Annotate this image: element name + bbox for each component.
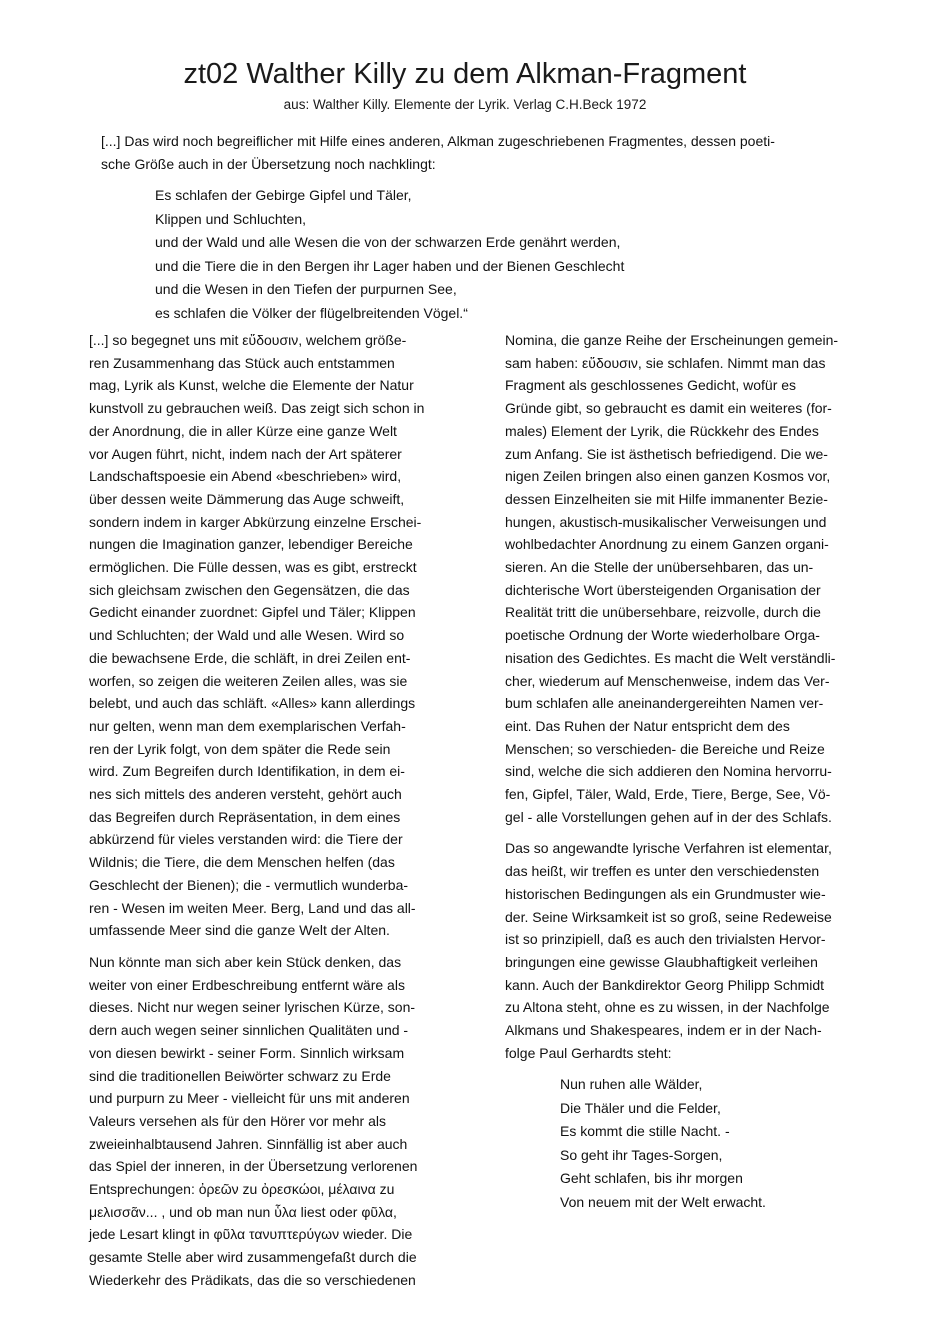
text-line: Entsprechungen: ὀρεῶν zu ὀρεσκώοι, μέλαι…	[89, 1178, 479, 1201]
text-line: und purpurn zu Meer - vielleicht für uns…	[89, 1087, 479, 1110]
text-line: belebt, und auch das schläft. «Alles» ka…	[89, 692, 479, 715]
text-line: dern auch wegen seiner sinnlichen Qualit…	[89, 1019, 479, 1042]
text-line: sieren. An die Stelle der unübersehbaren…	[505, 556, 895, 579]
left-column: [...] so begegnet uns mit εὕδουσιν, welc…	[89, 329, 479, 1292]
text-line: Wildnis; die Tiere, die dem Menschen hel…	[89, 851, 479, 874]
text-line: wird. Zum Begreifen durch Identifikation…	[89, 760, 479, 783]
text-line: [...] so begegnet uns mit εὕδουσιν, welc…	[89, 329, 479, 352]
poem-line: Geht schlafen, bis ihr morgen	[560, 1167, 766, 1191]
text-line: Nomina, die ganze Reihe der Erscheinunge…	[505, 329, 895, 352]
text-line: Valeurs versehen als für den Hörer vor m…	[89, 1110, 479, 1133]
text-line: gesamte Stelle aber wird zusammengefaßt …	[89, 1246, 479, 1269]
text-line: Geschlecht der Bienen); die - vermutlich…	[89, 874, 479, 897]
poem-line: und die Wesen in den Tiefen der purpurne…	[155, 278, 624, 302]
left-paragraph-1: [...] so begegnet uns mit εὕδουσιν, welc…	[89, 329, 479, 942]
text-line: nisation des Gedichtes. Es macht die Wel…	[505, 647, 895, 670]
text-line: das heißt, wir treffen es unter den vers…	[505, 860, 895, 883]
text-line: Wiederkehr des Prädikats, das die so ver…	[89, 1269, 479, 1292]
text-line: die bewachsene Erde, die schläft, in dre…	[89, 647, 479, 670]
page-title: zt02 Walther Killy zu dem Alkman-Fragmen…	[0, 58, 930, 91]
text-line: nigen Zeilen bringen also einen ganzen K…	[505, 465, 895, 488]
text-line: males) Element der Lyrik, die Rückkehr d…	[505, 420, 895, 443]
text-line: umfassende Meer sind die ganze Welt der …	[89, 919, 479, 942]
text-line: ist so prinzipiell, daß es auch den triv…	[505, 928, 895, 951]
text-line: historischen Bedingungen als ein Grundmu…	[505, 883, 895, 906]
text-line: eint. Das Ruhen der Natur entspricht dem…	[505, 715, 895, 738]
poem-line: Von neuem mit der Welt erwacht.	[560, 1191, 766, 1215]
text-line: dichterische Wort übersteigenden Organis…	[505, 579, 895, 602]
text-line: ren - Wesen im weiten Meer. Berg, Land u…	[89, 897, 479, 920]
intro-paragraph: [...] Das wird noch begreiflicher mit Hi…	[101, 130, 871, 176]
text-line: μελισσᾶν... , und ob man nun ὗλα liest o…	[89, 1201, 479, 1224]
text-line: über dessen weite Dämmerung das Auge sch…	[89, 488, 479, 511]
text-line: zu Altona steht, ohne es zu wissen, in d…	[505, 996, 895, 1019]
right-paragraph-2: Das so angewandte lyrische Verfahren ist…	[505, 837, 895, 1064]
poem-line: Es kommt die stille Nacht. -	[560, 1120, 766, 1144]
text-line: worfen, so zeigen die weiteren Zeilen al…	[89, 670, 479, 693]
text-line: kunstvoll zu gebrauchen weiß. Das zeigt …	[89, 397, 479, 420]
text-line: gel - alle Vorstellungen gehen auf in de…	[505, 806, 895, 829]
text-line: [...] Das wird noch begreiflicher mit Hi…	[101, 130, 871, 153]
source-citation: aus: Walther Killy. Elemente der Lyrik. …	[0, 97, 930, 112]
text-line: jede Lesart klingt in φῦλα τανυπτερύγων …	[89, 1223, 479, 1246]
right-paragraph-1: Nomina, die ganze Reihe der Erscheinunge…	[505, 329, 895, 828]
text-line: poetische Ordnung der Worte wiederholbar…	[505, 624, 895, 647]
text-line: sich gleichsam zwischen den Gegensätzen,…	[89, 579, 479, 602]
text-line: zum Anfang. Sie ist ästhetisch befriedig…	[505, 443, 895, 466]
text-line: weiter von einer Erdbeschreibung entfern…	[89, 974, 479, 997]
paragraph-spacer	[505, 828, 895, 837]
text-line: Fragment als geschlossenes Gedicht, wofü…	[505, 374, 895, 397]
poem-line: und der Wald und alle Wesen die von der …	[155, 231, 624, 255]
alkman-poem-quote: Es schlafen der Gebirge Gipfel und Täler…	[155, 184, 624, 325]
text-line: nungen die Imagination ganzer, lebendige…	[89, 533, 479, 556]
text-line: cher, wiederum auf Menschenweise, indem …	[505, 670, 895, 693]
poem-line: Die Thäler und die Felder,	[560, 1097, 766, 1121]
text-line: Landschaftspoesie ein Abend «beschrieben…	[89, 465, 479, 488]
text-line: sind die traditionellen Beiwörter schwar…	[89, 1065, 479, 1088]
text-line: dieses. Nicht nur wegen seiner lyrischen…	[89, 996, 479, 1019]
text-line: Gründe gibt, so gebraucht es damit ein w…	[505, 397, 895, 420]
text-line: hungen, akustisch-musikalischer Verweisu…	[505, 511, 895, 534]
text-line: vor Augen führt, nicht, indem nach der A…	[89, 443, 479, 466]
text-line: wohlbedachter Anordnung zu einem Ganzen …	[505, 533, 895, 556]
poem-line: Klippen und Schluchten,	[155, 208, 624, 232]
text-line: ermöglichen. Die Fülle dessen, was es gi…	[89, 556, 479, 579]
poem-line: und die Tiere die in den Bergen ihr Lage…	[155, 255, 624, 279]
poem-line: Nun ruhen alle Wälder,	[560, 1073, 766, 1097]
text-line: der Anordnung, die in aller Kürze eine g…	[89, 420, 479, 443]
text-line: dessen Einzelheiten sie mit Hilfe immane…	[505, 488, 895, 511]
text-line: nes sich mittels des anderen versteht, g…	[89, 783, 479, 806]
text-line: zweieinhalbtausend Jahren. Sinnfällig is…	[89, 1133, 479, 1156]
gerhardt-poem-quote: Nun ruhen alle Wälder, Die Thäler und di…	[560, 1073, 766, 1214]
text-line: nur gelten, wenn man dem exemplarischen …	[89, 715, 479, 738]
poem-line: Es schlafen der Gebirge Gipfel und Täler…	[155, 184, 624, 208]
text-line: sche Größe auch in der Übersetzung noch …	[101, 153, 871, 176]
text-line: Das so angewandte lyrische Verfahren ist…	[505, 837, 895, 860]
text-line: bum schlafen alle aneinandergereihten Na…	[505, 692, 895, 715]
right-column: Nomina, die ganze Reihe der Erscheinunge…	[505, 329, 895, 1065]
text-line: Realität tritt die unübersehbare, reizvo…	[505, 601, 895, 624]
text-line: mag, Lyrik als Kunst, welche die Element…	[89, 374, 479, 397]
poem-line: So geht ihr Tages-Sorgen,	[560, 1144, 766, 1168]
text-line: abkürzend für vieles verstanden wird: di…	[89, 828, 479, 851]
text-line: Menschen; so verschieden- die Bereiche u…	[505, 738, 895, 761]
text-line: bringungen eine gewisse Glaubhaftigkeit …	[505, 951, 895, 974]
poem-line: es schlafen die Völker der flügelbreiten…	[155, 302, 624, 326]
left-paragraph-2: Nun könnte man sich aber kein Stück denk…	[89, 951, 479, 1292]
text-line: folge Paul Gerhardts steht:	[505, 1042, 895, 1065]
text-line: und Schluchten; der Wald und alle Wesen.…	[89, 624, 479, 647]
paragraph-spacer	[89, 942, 479, 951]
text-line: Alkmans und Shakespeares, indem er in de…	[505, 1019, 895, 1042]
text-line: sam haben: εὕδουσιν, sie schlafen. Nimmt…	[505, 352, 895, 375]
text-line: sind, welche die sich addieren den Nomin…	[505, 760, 895, 783]
text-line: fen, Gipfel, Täler, Wald, Erde, Tiere, B…	[505, 783, 895, 806]
text-line: ren der Lyrik folgt, von dem später die …	[89, 738, 479, 761]
text-line: der. Seine Wirksamkeit ist so groß, sein…	[505, 906, 895, 929]
text-line: das Begreifen durch Repräsentation, in d…	[89, 806, 479, 829]
text-line: Gedicht einander zuordnet: Gipfel und Tä…	[89, 601, 479, 624]
text-line: Nun könnte man sich aber kein Stück denk…	[89, 951, 479, 974]
text-line: kann. Auch der Bankdirektor Georg Philip…	[505, 974, 895, 997]
text-line: das Spiel der inneren, in der Übersetzun…	[89, 1155, 479, 1178]
text-line: von diesen bewirkt - seiner Form. Sinnli…	[89, 1042, 479, 1065]
text-line: ren Zusammenhang das Stück auch entstamm…	[89, 352, 479, 375]
text-line: sondern indem in karger Abkürzung einzel…	[89, 511, 479, 534]
